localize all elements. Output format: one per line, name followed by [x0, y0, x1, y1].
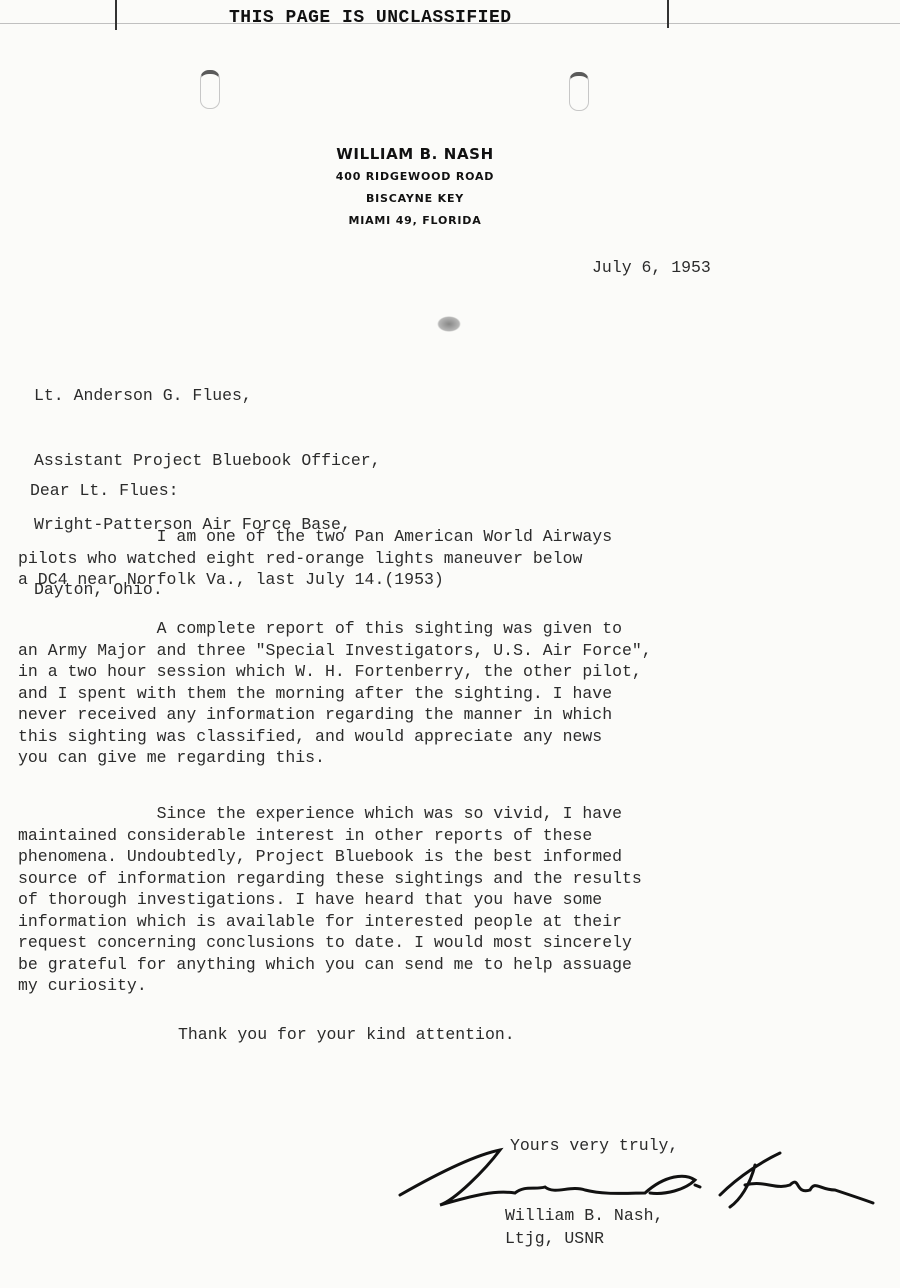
ink-smudge	[437, 316, 461, 332]
thanks-line: Thank you for your kind attention.	[178, 1024, 515, 1046]
salutation: Dear Lt. Flues:	[30, 480, 179, 502]
body-paragraph-1: I am one of the two Pan American World A…	[18, 526, 612, 591]
signer-name: William B. Nash,	[505, 1205, 663, 1227]
letterhead-street: 400 RIDGEWOOD ROAD	[290, 166, 540, 188]
classification-banner: THIS PAGE IS UNCLASSIFIED	[229, 8, 512, 28]
letterhead-city: MIAMI 49, FLORIDA	[290, 210, 540, 232]
punch-hole-icon	[569, 72, 589, 111]
recipient-line: Lt. Anderson G. Flues,	[34, 385, 381, 407]
letterhead-area: BISCAYNE KEY	[290, 188, 540, 210]
body-paragraph-3: Since the experience which was so vivid,…	[18, 803, 642, 997]
signer-title: Ltjg, USNR	[505, 1228, 604, 1250]
punch-hole-icon	[200, 70, 220, 109]
margin-tick-left	[115, 0, 117, 30]
letterhead-name: WILLIAM B. NASH	[290, 142, 540, 166]
letterhead: WILLIAM B. NASH 400 RIDGEWOOD ROAD BISCA…	[290, 142, 540, 232]
margin-tick-right	[667, 0, 669, 28]
recipient-line: Assistant Project Bluebook Officer,	[34, 450, 381, 472]
letter-date: July 6, 1953	[592, 257, 711, 279]
body-paragraph-2: A complete report of this sighting was g…	[18, 618, 652, 769]
